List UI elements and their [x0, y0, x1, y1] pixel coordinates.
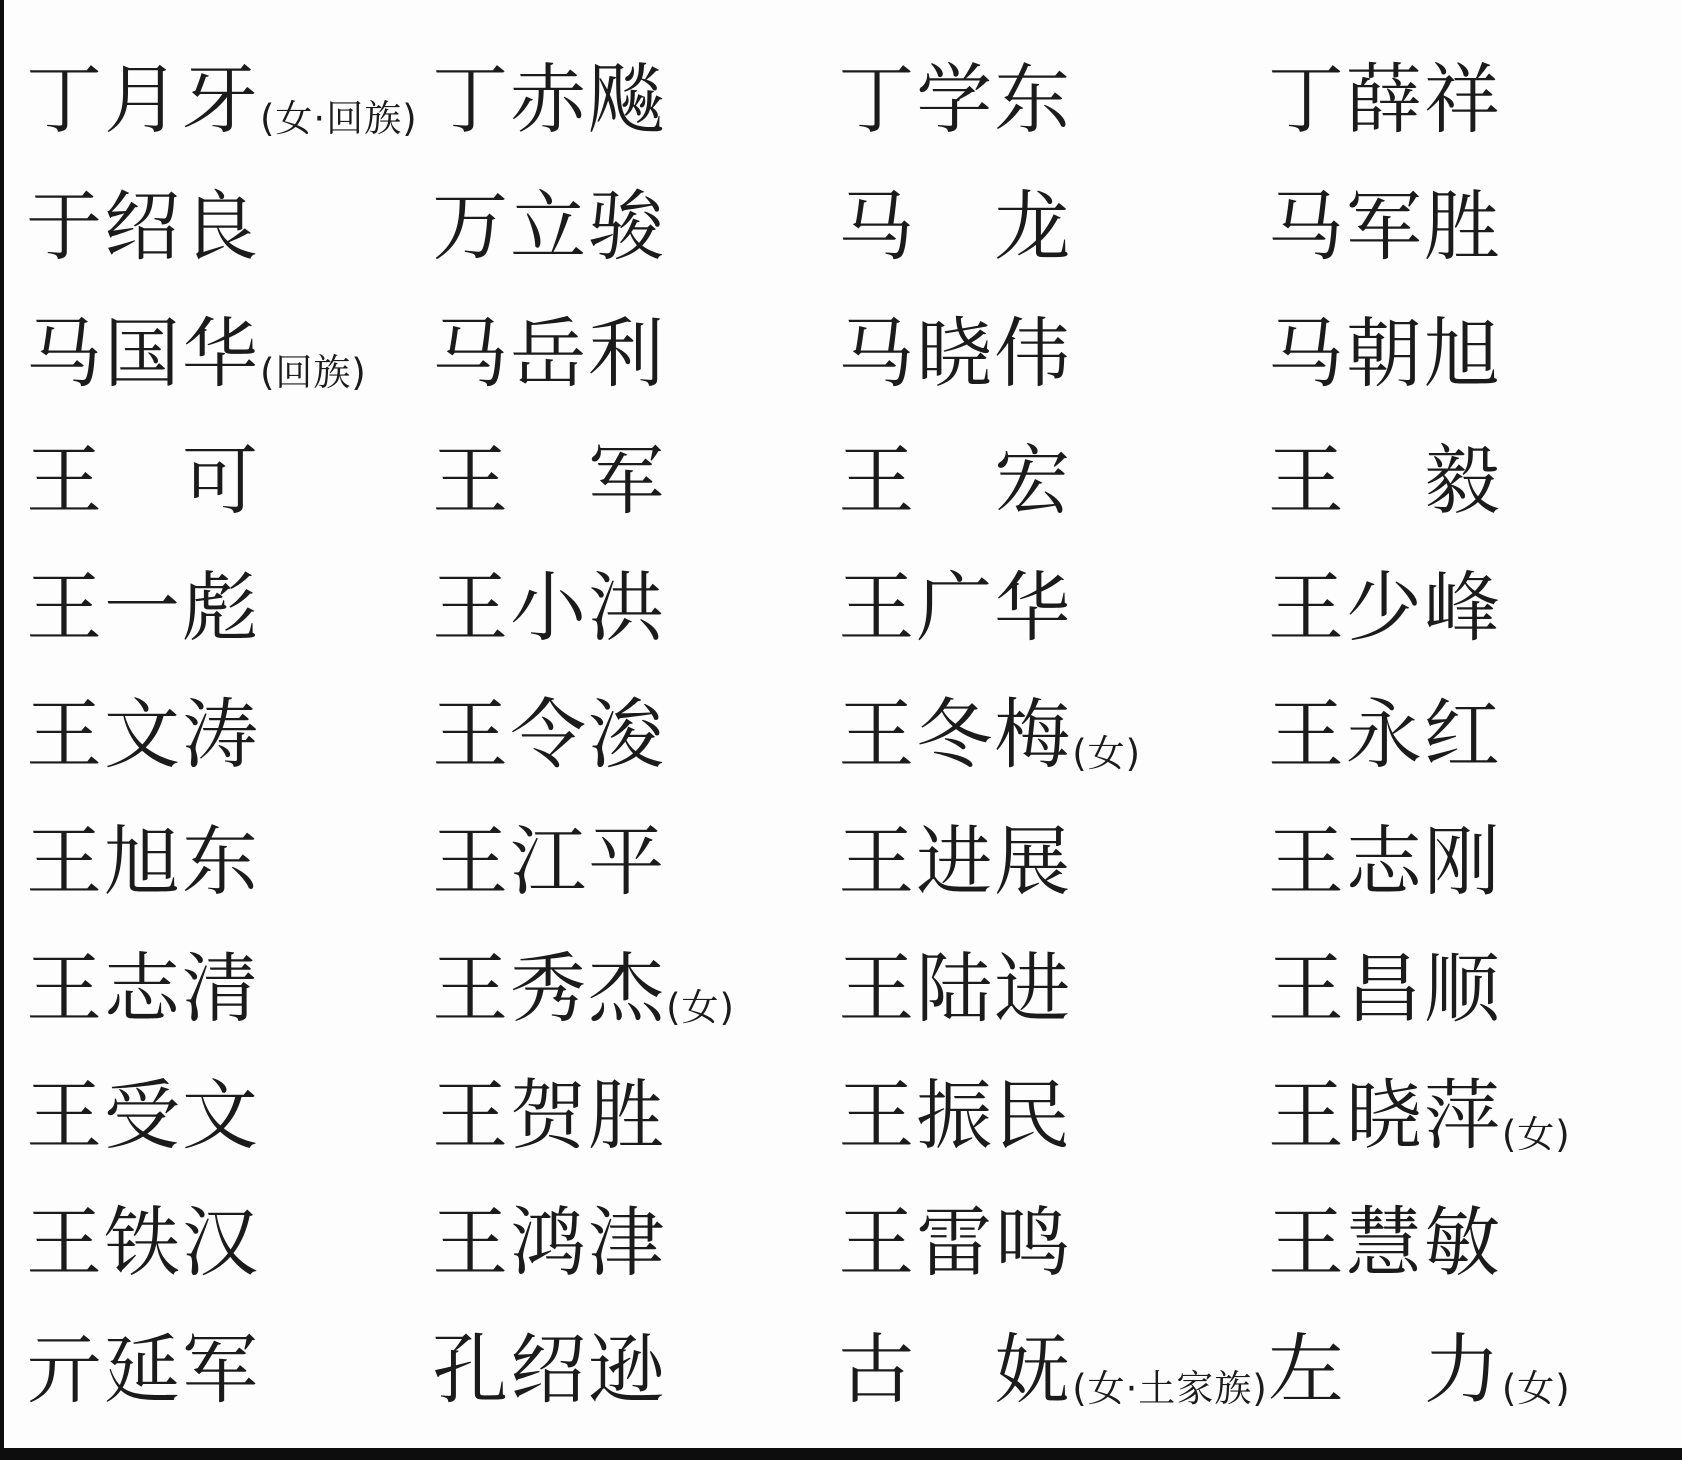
- name-list-item: 马晓伟: [838, 316, 1268, 392]
- person-name: 王鸿津: [432, 1198, 666, 1287]
- person-annotation: (女·回族): [260, 97, 418, 140]
- name-list-item: 王秀杰(女): [432, 951, 838, 1027]
- name-list-item: 丁赤飚: [432, 62, 838, 138]
- person-name: 马国华: [26, 309, 260, 398]
- left-edge-line: [0, 0, 4, 1460]
- name-list-item: 王志清: [26, 951, 432, 1027]
- name-list-item: 左 力(女): [1268, 1332, 1674, 1408]
- name-list-item: 马岳利: [432, 316, 838, 392]
- person-name: 王 可: [26, 436, 260, 525]
- name-list-item: 马朝旭: [1268, 316, 1674, 392]
- person-name: 孔绍逊: [432, 1325, 666, 1414]
- name-list-item: 王受文: [26, 1078, 432, 1154]
- person-name: 王 军: [432, 436, 666, 525]
- person-annotation: (女): [1502, 1113, 1571, 1156]
- bottom-rule: [0, 1448, 1682, 1460]
- name-list-item: 亓延军: [26, 1332, 432, 1408]
- person-name: 王雷鸣: [838, 1198, 1072, 1287]
- name-list-item: 王江平: [432, 824, 838, 900]
- name-list-item: 王进展: [838, 824, 1268, 900]
- person-name: 王秀杰: [432, 944, 666, 1033]
- name-list-item: 王晓萍(女): [1268, 1078, 1674, 1154]
- person-name: 王慧敏: [1268, 1198, 1502, 1287]
- person-name: 王少峰: [1268, 563, 1502, 652]
- person-name: 马晓伟: [838, 309, 1072, 398]
- person-name: 王进展: [838, 817, 1072, 906]
- person-name: 王贺胜: [432, 1071, 666, 1160]
- person-name: 王志刚: [1268, 817, 1502, 906]
- name-list-item: 王广华: [838, 570, 1268, 646]
- person-name: 王江平: [432, 817, 666, 906]
- person-name: 王广华: [838, 563, 1072, 652]
- name-list-item: 王文涛: [26, 697, 432, 773]
- name-list-item: 王永红: [1268, 697, 1674, 773]
- person-annotation: (女): [666, 986, 735, 1029]
- name-list-item: 王 军: [432, 443, 838, 519]
- person-name: 亓延军: [26, 1325, 260, 1414]
- name-list-item: 王少峰: [1268, 570, 1674, 646]
- person-name: 王 宏: [838, 436, 1072, 525]
- name-grid: 丁月牙(女·回族) 丁赤飚 丁学东 丁薛祥 于绍良 万立骏 马 龙 马军胜 马国…: [26, 36, 1674, 1433]
- name-list-item: 王陆进: [838, 951, 1268, 1027]
- person-annotation: (女·土家族): [1072, 1367, 1268, 1410]
- person-name: 王振民: [838, 1071, 1072, 1160]
- person-name: 王一彪: [26, 563, 260, 652]
- person-name: 马朝旭: [1268, 309, 1502, 398]
- document-page: 丁月牙(女·回族) 丁赤飚 丁学东 丁薛祥 于绍良 万立骏 马 龙 马军胜 马国…: [0, 0, 1682, 1460]
- person-name: 丁薛祥: [1268, 55, 1502, 144]
- name-list-item: 马 龙: [838, 189, 1268, 265]
- person-name: 王志清: [26, 944, 260, 1033]
- name-list-item: 王志刚: [1268, 824, 1674, 900]
- person-name: 王晓萍: [1268, 1071, 1502, 1160]
- person-name: 王旭东: [26, 817, 260, 906]
- name-list-item: 于绍良: [26, 189, 432, 265]
- person-name: 王文涛: [26, 690, 260, 779]
- person-name: 王冬梅: [838, 690, 1072, 779]
- name-list-item: 丁月牙(女·回族): [26, 62, 432, 138]
- person-name: 丁赤飚: [432, 55, 666, 144]
- name-list-item: 王一彪: [26, 570, 432, 646]
- name-list-item: 王旭东: [26, 824, 432, 900]
- name-list-item: 王鸿津: [432, 1205, 838, 1281]
- name-list-item: 王雷鸣: [838, 1205, 1268, 1281]
- person-name: 马军胜: [1268, 182, 1502, 271]
- name-list-item: 王小洪: [432, 570, 838, 646]
- person-annotation: (女): [1502, 1367, 1571, 1410]
- person-name: 万立骏: [432, 182, 666, 271]
- name-list-item: 王冬梅(女): [838, 697, 1268, 773]
- person-name: 王令浚: [432, 690, 666, 779]
- name-list-item: 王 毅: [1268, 443, 1674, 519]
- person-name: 于绍良: [26, 182, 260, 271]
- name-list-item: 马军胜: [1268, 189, 1674, 265]
- person-name: 王昌顺: [1268, 944, 1502, 1033]
- name-list-item: 丁薛祥: [1268, 62, 1674, 138]
- name-list-item: 孔绍逊: [432, 1332, 838, 1408]
- person-name: 王受文: [26, 1071, 260, 1160]
- person-name: 王永红: [1268, 690, 1502, 779]
- name-list-item: 王贺胜: [432, 1078, 838, 1154]
- person-name: 左 力: [1268, 1325, 1502, 1414]
- person-name: 王陆进: [838, 944, 1072, 1033]
- person-name: 王 毅: [1268, 436, 1502, 525]
- person-annotation: (女): [1072, 732, 1141, 775]
- person-annotation: (回族): [260, 351, 367, 394]
- name-list-item: 王昌顺: [1268, 951, 1674, 1027]
- name-list-item: 万立骏: [432, 189, 838, 265]
- name-list-item: 王铁汉: [26, 1205, 432, 1281]
- name-list-item: 王振民: [838, 1078, 1268, 1154]
- name-list-item: 古 妩(女·土家族): [838, 1332, 1268, 1408]
- name-list-item: 马国华(回族): [26, 316, 432, 392]
- person-name: 王小洪: [432, 563, 666, 652]
- name-list-item: 王令浚: [432, 697, 838, 773]
- person-name: 马岳利: [432, 309, 666, 398]
- name-list-item: 王 可: [26, 443, 432, 519]
- person-name: 古 妩: [838, 1325, 1072, 1414]
- person-name: 丁月牙: [26, 55, 260, 144]
- person-name: 马 龙: [838, 182, 1072, 271]
- person-name: 丁学东: [838, 55, 1072, 144]
- name-list-item: 丁学东: [838, 62, 1268, 138]
- name-list-item: 王慧敏: [1268, 1205, 1674, 1281]
- person-name: 王铁汉: [26, 1198, 260, 1287]
- name-list-item: 王 宏: [838, 443, 1268, 519]
